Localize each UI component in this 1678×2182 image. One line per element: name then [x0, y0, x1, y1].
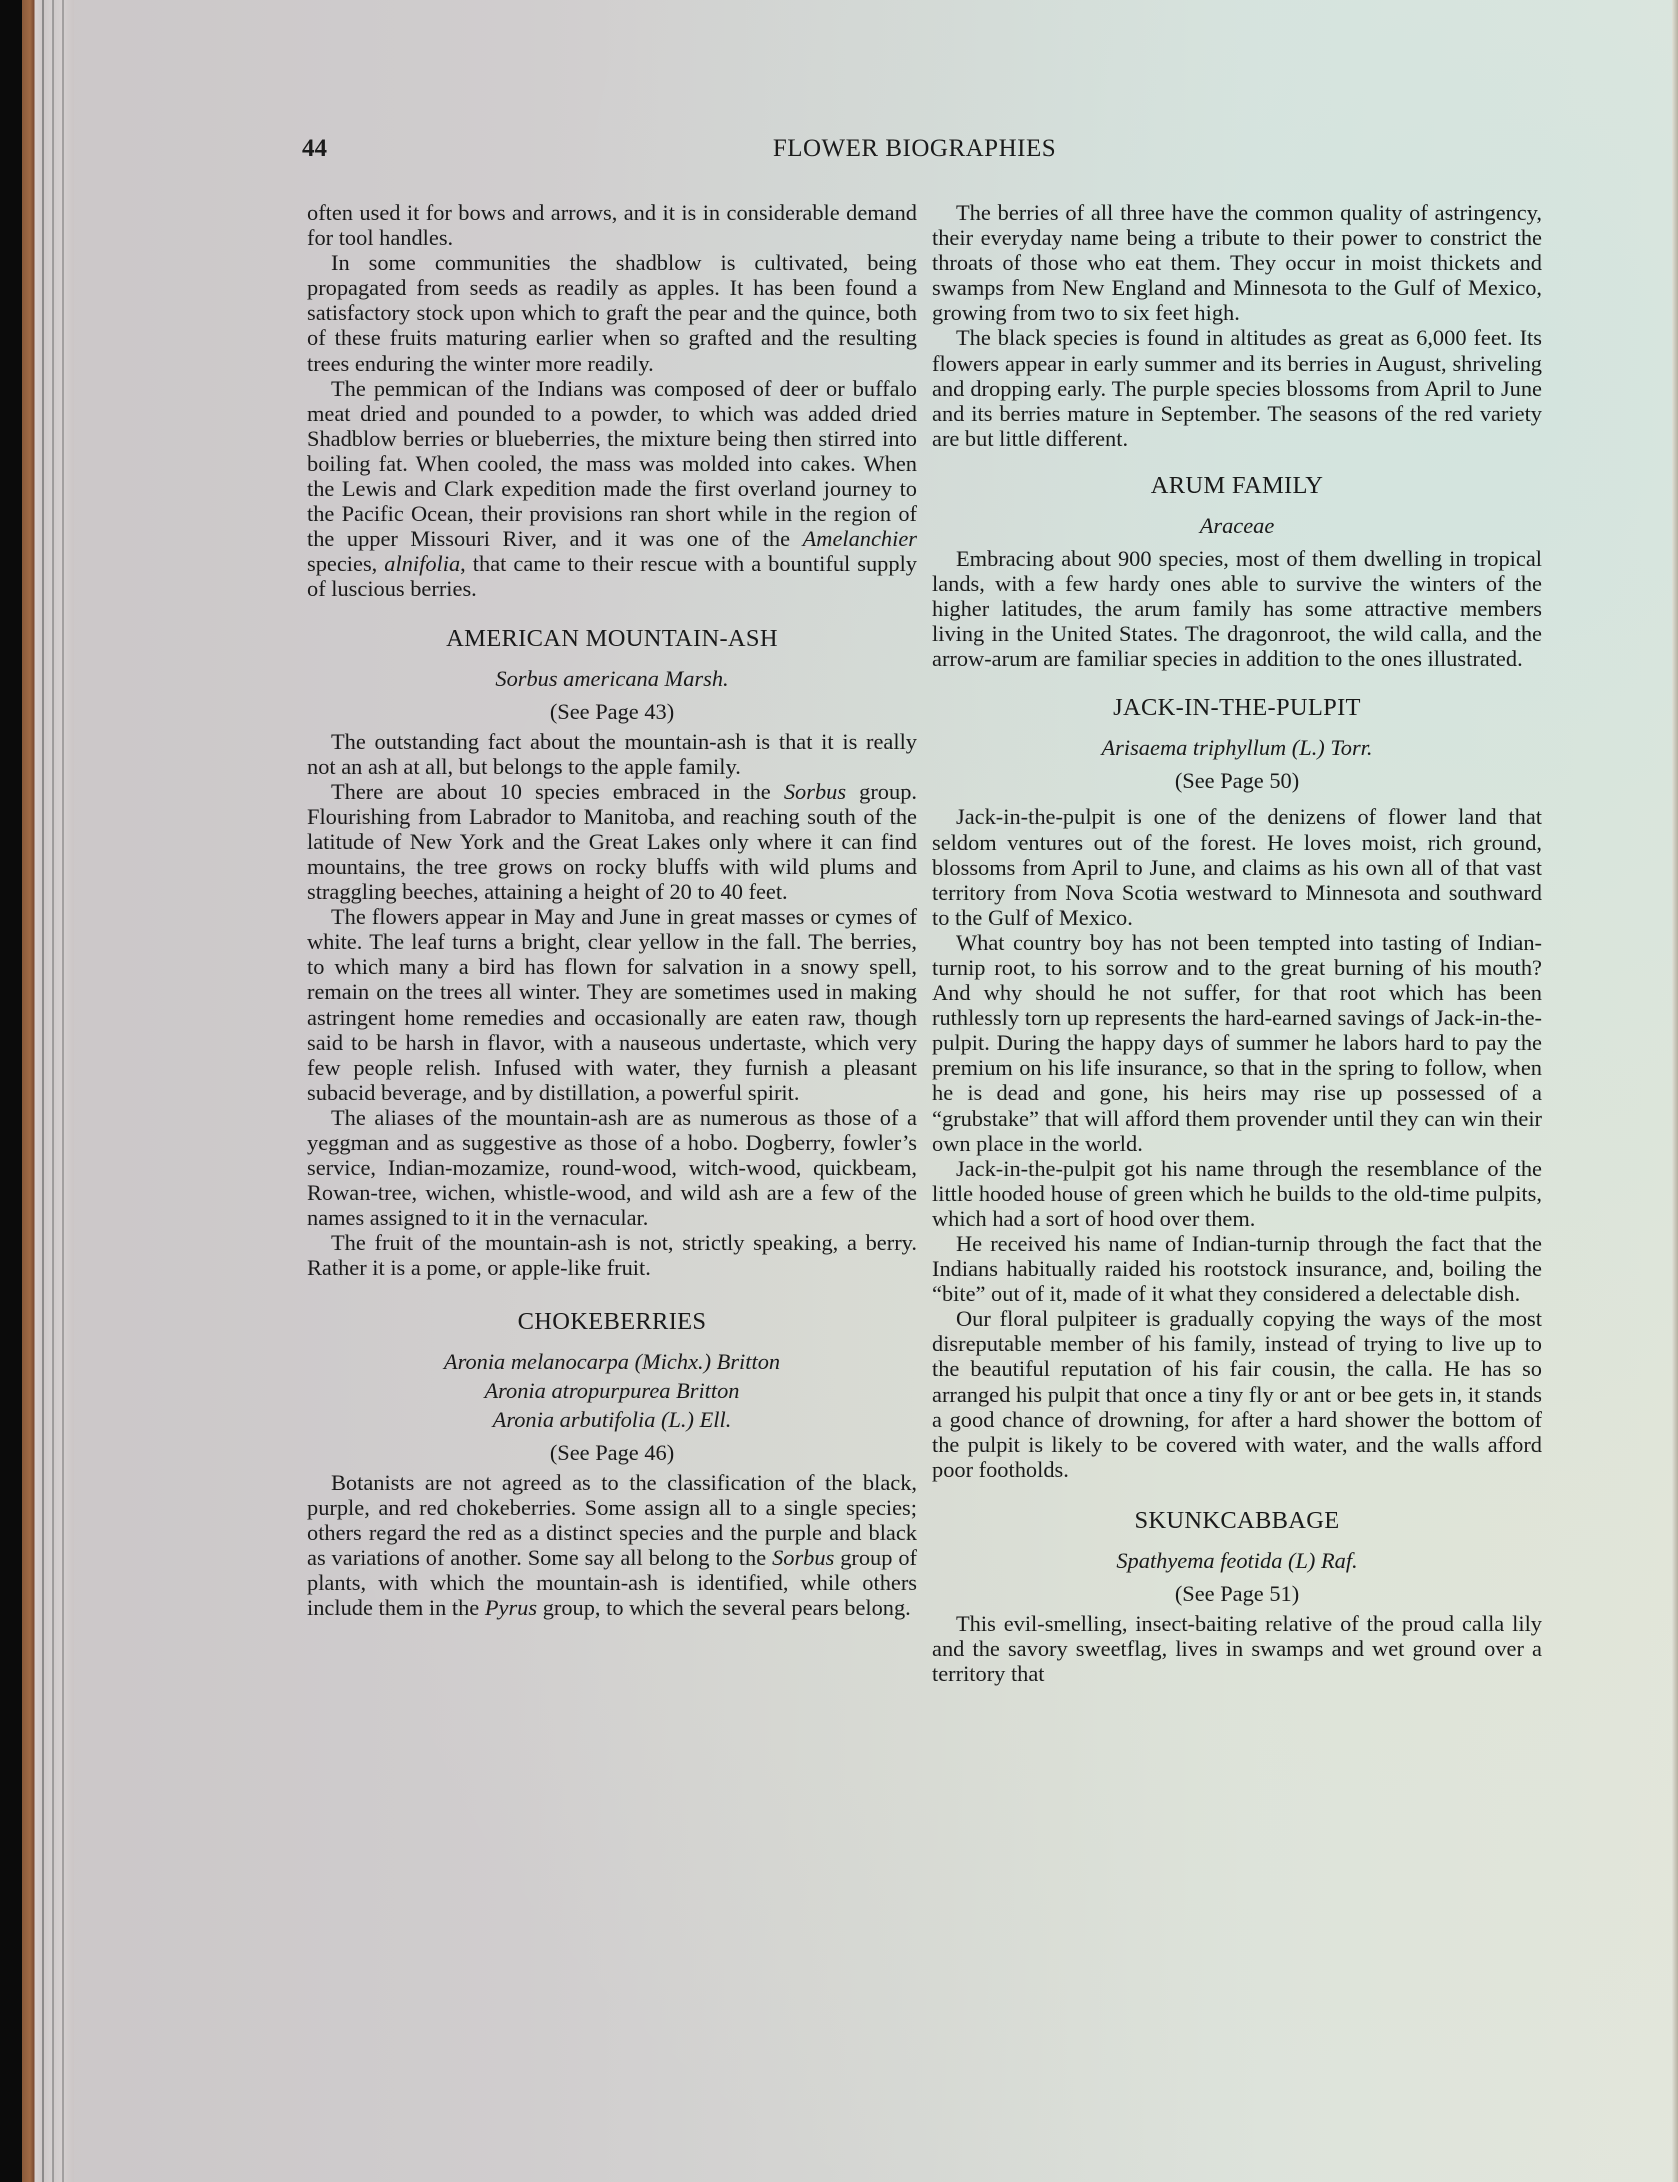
scientific-name: Sorbus americana Marsh. [307, 664, 917, 693]
running-head: 44 FLOWER BIOGRAPHIES [302, 135, 1527, 175]
genus-italic: Sorbus [784, 779, 846, 804]
paragraph: often used it for bows and arrows, and i… [307, 200, 917, 250]
scientific-name: Spathyema feotida (L) Raf. [932, 1546, 1542, 1575]
scientific-name: Aronia arbutifolia (L.) Ell. [307, 1405, 917, 1434]
section-heading-chokeberries: CHOKEBERRIES [307, 1307, 917, 1337]
paragraph: In some communities the shadblow is cult… [307, 250, 917, 375]
scientific-name: Aronia atropurpurea Britton [307, 1376, 917, 1405]
paragraph: Our floral pulpiteer is gradually copyin… [932, 1306, 1542, 1482]
species-italic: alnifolia [384, 551, 460, 576]
paragraph: The flowers appear in May and June in gr… [307, 904, 917, 1105]
paragraph: Botanists are not agreed as to the class… [307, 1470, 917, 1621]
paragraph: What country boy has not been tempted in… [932, 930, 1542, 1156]
paragraph: Embracing about 900 species, most of the… [932, 546, 1542, 671]
family-scientific-name: Araceae [932, 511, 1542, 540]
book-page: 44 FLOWER BIOGRAPHIES often used it for … [22, 0, 1678, 2182]
section-heading-skunkcabbage: SKUNKCABBAGE [932, 1506, 1542, 1536]
genus-italic: Amelanchier [803, 526, 917, 551]
book-binding-edge [22, 0, 74, 2182]
see-page-reference: (See Page 50) [932, 766, 1542, 796]
paragraph: The outstanding fact about the mountain-… [307, 729, 917, 779]
genus-italic: Sorbus [772, 1545, 834, 1570]
right-column: The berries of all three have the common… [932, 200, 1542, 1686]
scientific-name: Aronia melanocarpa (Michx.) Britton [307, 1347, 917, 1376]
paragraph: This evil-smelling, insect-baiting relat… [932, 1611, 1542, 1686]
paragraph: There are about 10 species embraced in t… [307, 779, 917, 904]
genus-italic: Pyrus [485, 1595, 537, 1620]
paragraph: Jack-in-the-pulpit is one of the denizen… [932, 804, 1542, 929]
paragraph: The pemmican of the Indians was composed… [307, 376, 917, 602]
paragraph: The aliases of the mountain-ash are as n… [307, 1105, 917, 1230]
paragraph: He received his name of Indian-turnip th… [932, 1231, 1542, 1306]
paragraph: Jack-in-the-pulpit got his name through … [932, 1156, 1542, 1231]
see-page-reference: (See Page 46) [307, 1438, 917, 1468]
left-column: often used it for bows and arrows, and i… [307, 200, 917, 1620]
see-page-reference: (See Page 51) [932, 1579, 1542, 1609]
see-page-reference: (See Page 43) [307, 697, 917, 727]
paragraph: The fruit of the mountain-ash is not, st… [307, 1230, 917, 1280]
section-heading-jack-in-the-pulpit: JACK-IN-THE-PULPIT [932, 693, 1542, 723]
section-heading-arum-family: ARUM FAMILY [932, 471, 1542, 501]
page-edge [1672, 0, 1678, 2182]
book-title: FLOWER BIOGRAPHIES [302, 135, 1527, 163]
scientific-name: Arisaema triphyllum (L.) Torr. [932, 733, 1542, 762]
paragraph: The black species is found in altitudes … [932, 325, 1542, 450]
section-heading-mountain-ash: AMERICAN MOUNTAIN-ASH [307, 624, 917, 654]
paragraph: The berries of all three have the common… [932, 200, 1542, 325]
